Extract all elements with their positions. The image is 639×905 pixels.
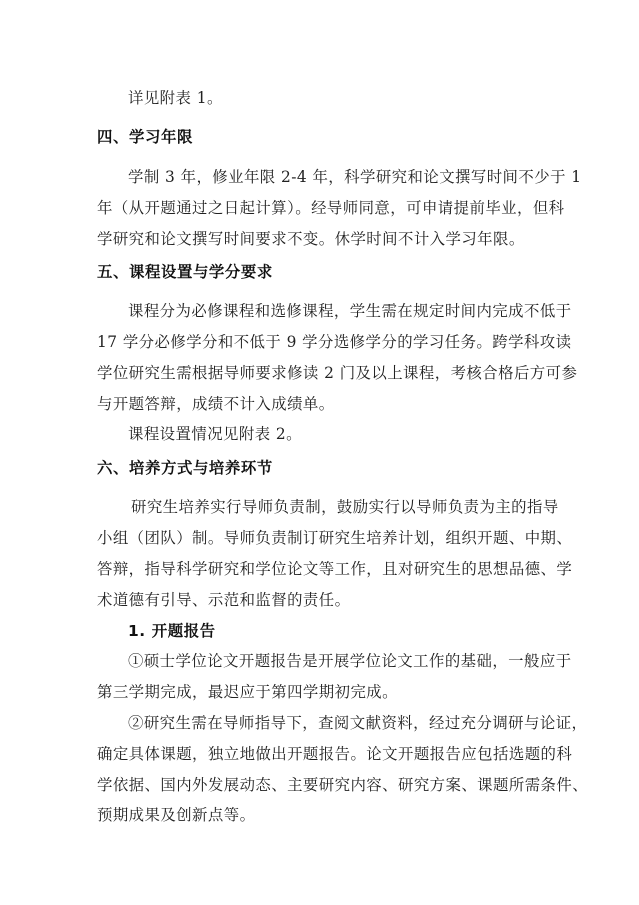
paragraph-line: 学研究和论文撰写时间要求不变。休学时间不计入学习年限。 xyxy=(97,229,545,249)
section-heading-training-methods: 六、培养方式与培养环节 xyxy=(97,458,545,478)
paragraph-line: 小组（团队）制。导师负责制订研究生培养计划，组织开题、中期、 xyxy=(97,528,545,548)
paragraph-line: 确定具体课题，独立地做出开题报告。论文开题报告应包括选题的科 xyxy=(97,744,545,764)
section-heading-courses-credits: 五、课程设置与学分要求 xyxy=(97,262,545,282)
paragraph-line: 详见附表 1。 xyxy=(128,88,545,108)
paragraph-line: 研究生培养实行导师负责制，鼓励实行以导师负责为主的指导 xyxy=(131,497,579,517)
paragraph-line: 答辩，指导科学研究和学位论文等工作，且对研究生的思想品德、学 xyxy=(97,559,545,579)
paragraph-line: 学位研究生需根据导师要求修读 2 门及以上课程，考核合格后方可参 xyxy=(97,363,545,383)
paragraph-line: 17 学分必修学分和不低于 9 学分选修学分的学习任务。跨学科攻读 xyxy=(97,332,545,352)
paragraph-line: 学依据、国内外发展动态、主要研究内容、研究方案、课题所需条件、 xyxy=(97,775,545,795)
paragraph-line: 年（从开题通过之日起计算）。经导师同意，可申请提前毕业，但科 xyxy=(97,198,545,218)
paragraph-line: 与开题答辩，成绩不计入成绩单。 xyxy=(97,394,545,414)
paragraph-line: 课程设置情况见附表 2。 xyxy=(128,424,545,444)
paragraph-line: 第三学期完成，最迟应于第四学期初完成。 xyxy=(97,682,545,702)
paragraph-line: ①硕士学位论文开题报告是开展学位论文工作的基础，一般应于 xyxy=(128,651,545,671)
section-heading-study-duration: 四、学习年限 xyxy=(97,127,545,147)
paragraph-line: ②研究生需在导师指导下，查阅文献资料，经过充分调研与论证， xyxy=(128,713,545,733)
paragraph-line: 学制 3 年，修业年限 2-4 年，科学研究和论文撰写时间不少于 1 xyxy=(128,167,545,187)
paragraph-line: 预期成果及创新点等。 xyxy=(97,805,545,825)
subheading-proposal-report: 1. 开题报告 xyxy=(128,621,576,641)
paragraph-line: 术道德有引导、示范和监督的责任。 xyxy=(97,590,545,610)
paragraph-line: 课程分为必修课程和选修课程，学生需在规定时间内完成不低于 xyxy=(128,301,545,321)
